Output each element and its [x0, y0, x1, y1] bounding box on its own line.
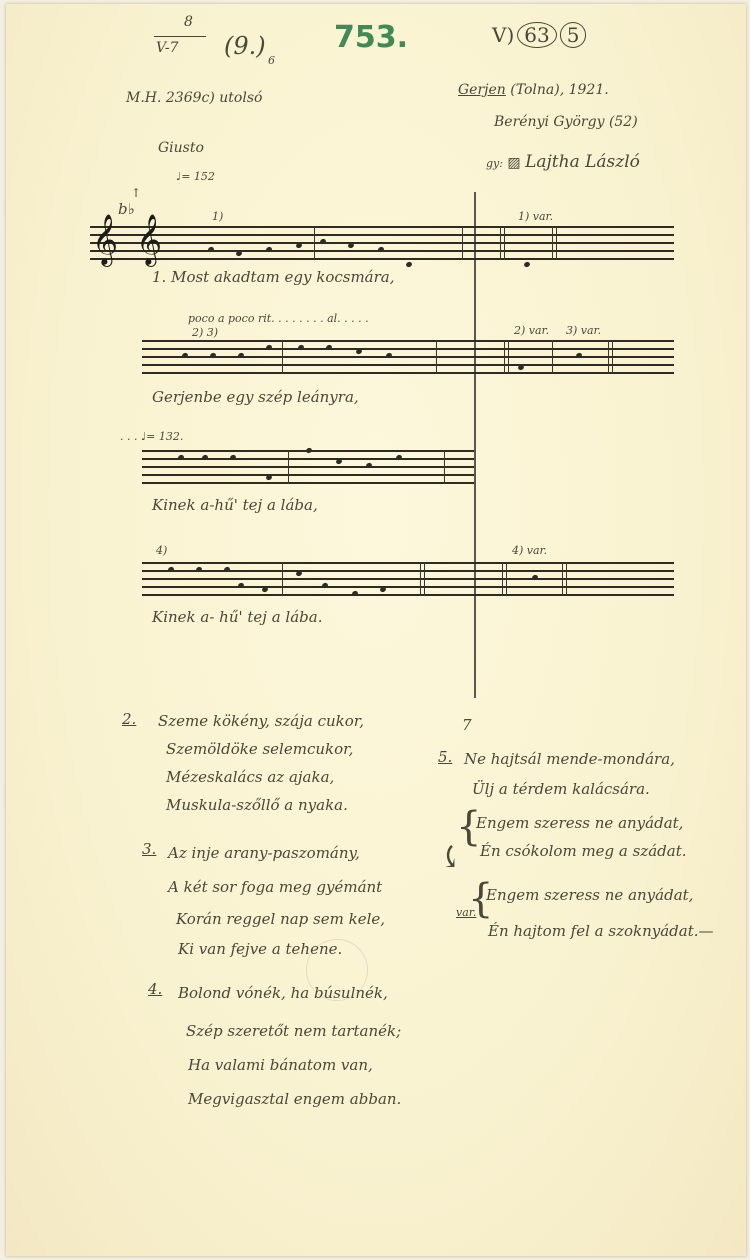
- circled-ref-1: 63: [517, 22, 556, 48]
- variant-line: Én hajtom fel a szoknyádat.—: [488, 922, 714, 940]
- treble-clef-icon: 𝄞: [92, 218, 118, 262]
- verse-line: Korán reggel nap sem kele,: [176, 910, 385, 928]
- variant-marker-1: 1): [212, 210, 223, 223]
- county-year: (Tolna), 1921.: [510, 82, 608, 98]
- verse-line: Ülj a térdem kalácsára.: [472, 780, 650, 798]
- verse-line: Bolond vónék, ha búsulnék,: [178, 984, 388, 1002]
- mh-reference: M.H. 2369c) utolsó: [126, 90, 262, 106]
- verse-line: Ha valami bánatom van,: [188, 1056, 373, 1074]
- variant-label-2: 2) var.: [514, 324, 549, 337]
- circled-ref-2: 5: [560, 22, 587, 48]
- staff-2: [142, 340, 674, 374]
- metronome-152: ♩= 152: [176, 170, 215, 183]
- variant-line: Engem szeress ne anyádat,: [486, 886, 693, 904]
- staff-3: [142, 450, 474, 484]
- fraction-bottom: V-7: [156, 40, 178, 56]
- rit-marking: poco a poco rit. . . . . . . . al. . . .…: [188, 312, 369, 325]
- variant-label-4: 4) var.: [512, 544, 547, 557]
- verse-line: Az inje arany-paszomány,: [168, 844, 360, 862]
- lyric-line-4: Kinek a- hű' tej a lába.: [152, 608, 322, 626]
- variant-divider: [474, 192, 476, 698]
- metronome-132: . . . ♩= 132.: [120, 430, 183, 443]
- fraction-top: 8: [184, 14, 193, 30]
- catalog-number: 753.: [334, 20, 408, 55]
- paren-sub: 6: [268, 54, 275, 67]
- collector-name: Lajtha László: [525, 152, 640, 172]
- variant-label-3: 3) var.: [566, 324, 601, 337]
- lyric-line-2: Gerjenbe egy szép leányra,: [152, 388, 359, 406]
- verse-number: 2.: [122, 710, 136, 728]
- staff-4: [142, 562, 674, 596]
- margin-mark: 7: [462, 716, 472, 734]
- verse-line: Szemöldöke selemcukor,: [166, 740, 353, 758]
- place-name: Gerjen: [458, 82, 506, 98]
- scribble-mark: ▨: [507, 155, 520, 171]
- manuscript-page: 8 V-7 (9.) 6 753. V)635 M.H. 2369c) utol…: [6, 4, 746, 1256]
- variant-marker-4: 4): [156, 544, 167, 557]
- curved-arrow-icon: ⤹: [438, 840, 463, 875]
- fraction-bar: [154, 36, 206, 37]
- lyric-line-3: Kinek a-hű' tej a lába,: [152, 496, 318, 514]
- verse-line: Ne hajtsál mende-mondára,: [464, 750, 675, 768]
- variant-label-1: 1) var.: [518, 210, 553, 223]
- variant-marker-2-3: 2) 3): [192, 326, 218, 339]
- verse-line: Mézeskalács az ajaka,: [166, 768, 334, 786]
- verse-number: 3.: [142, 840, 156, 858]
- arrow-up-icon: ↑: [131, 186, 141, 200]
- provenance-place-line: Gerjen (Tolna), 1921.: [458, 82, 609, 98]
- tempo-marking: Giusto: [158, 140, 204, 156]
- collector-prefix: gy:: [486, 157, 503, 170]
- refrain-line: Én csókolom meg a szádat.: [480, 842, 687, 860]
- verse-line: Muskula-szőllő a nyaka.: [166, 796, 348, 814]
- roman-ref: V): [492, 23, 514, 47]
- verse-line: A két sor foga meg gyémánt: [168, 878, 382, 896]
- reference-marks: V)635: [492, 22, 586, 48]
- verse-number: 5.: [438, 748, 452, 766]
- verse-line: Szeme kökény, szája cukor,: [158, 712, 364, 730]
- staff-1: 𝄞 𝄞: [90, 226, 674, 260]
- key-note-annotation: b♭: [118, 200, 135, 218]
- verse-line: Szép szeretőt nem tartanék;: [186, 1022, 401, 1040]
- refrain-line: Engem szeress ne anyádat,: [476, 814, 683, 832]
- treble-clef-icon: 𝄞: [136, 218, 162, 262]
- lyric-line-1: 1. Most akadtam egy kocsmára,: [152, 268, 395, 286]
- singer: Berényi György (52): [494, 114, 638, 130]
- verse-number: 4.: [148, 980, 162, 998]
- paren-number: (9.): [224, 32, 266, 60]
- collector-line: gy: ▨ Lajtha László: [486, 152, 640, 172]
- verse-line: Megvigasztal engem abban.: [188, 1090, 401, 1108]
